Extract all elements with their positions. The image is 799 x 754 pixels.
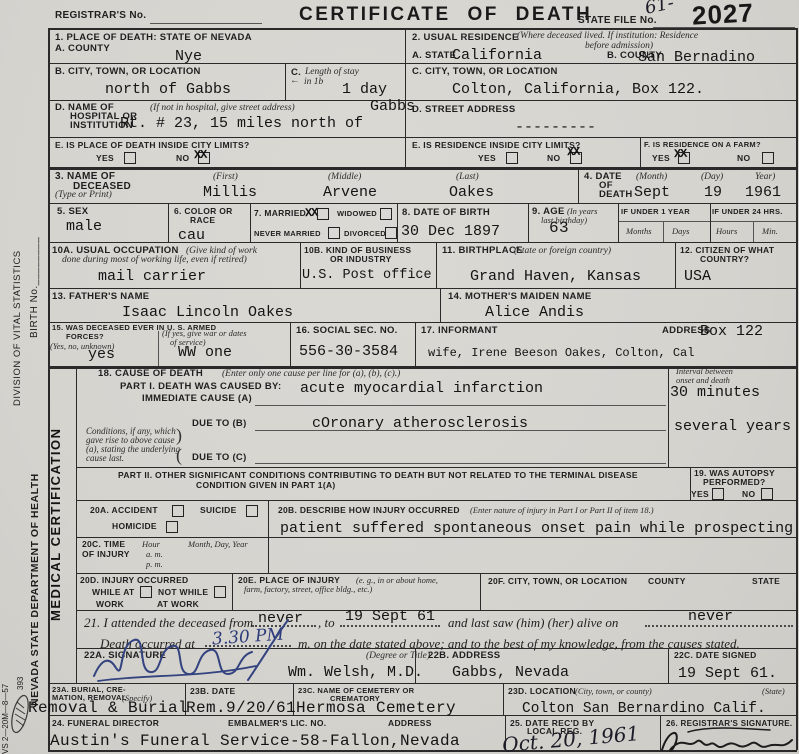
county-label: A. COUNTY bbox=[55, 44, 110, 55]
residence-farm-label: F. IS RESIDENCE ON A FARM? bbox=[644, 141, 761, 150]
burial-date-value: Rem.9/20/61 bbox=[186, 700, 296, 716]
residence-city-limits-yes-checkbox bbox=[506, 152, 518, 164]
death-city-limits-no: NO bbox=[176, 154, 189, 164]
date-of-birth-label: 8. DATE OF BIRTH bbox=[402, 208, 490, 219]
never-married-label: NEVER MARRIED bbox=[254, 230, 321, 239]
grid-line bbox=[710, 203, 711, 242]
grid-line bbox=[397, 203, 398, 242]
am-label: a. m. bbox=[146, 550, 163, 559]
brace-glyph: ( bbox=[176, 445, 182, 466]
residence-farm-yes-checkbox bbox=[678, 152, 690, 164]
cemetery-value: Hermosa Cemetery bbox=[296, 700, 456, 716]
residence-state-label: A. STATE bbox=[412, 51, 456, 62]
street-address-value: --------- bbox=[515, 120, 596, 135]
grid-line bbox=[48, 242, 797, 243]
residence-farm-yes: YES bbox=[652, 154, 670, 164]
grid-line bbox=[250, 203, 251, 242]
not-while-label: NOT WHILE bbox=[158, 588, 208, 598]
suicide-label: SUICIDE bbox=[200, 506, 237, 516]
death-year-label: Year) bbox=[755, 172, 775, 182]
registrar-no-label: REGISTRAR'S No. bbox=[55, 10, 146, 22]
last-name-label: (Last) bbox=[456, 172, 479, 182]
race-value: cau bbox=[178, 228, 205, 243]
autopsy-label2: PERFORMED? bbox=[703, 478, 766, 488]
grid-line bbox=[436, 242, 437, 288]
under-1-year-label: IF UNDER 1 YEAR bbox=[621, 208, 690, 217]
grid-line bbox=[618, 221, 797, 222]
brace-glyph: ) bbox=[176, 425, 182, 446]
residence-city-limits-no-x-mark: XX bbox=[567, 145, 580, 159]
ssn-value: 556-30-3584 bbox=[299, 344, 398, 359]
occupation-value: mail carrier bbox=[98, 269, 206, 284]
injury-occurred-label: 20D. INJURY OCCURRED bbox=[80, 576, 189, 586]
birthplace-label: 11. BIRTHPLACE bbox=[442, 246, 523, 257]
residence-state-value: California bbox=[452, 48, 542, 63]
informant-address-value: Box 122 bbox=[700, 324, 763, 339]
physician-address-value: Gabbs, Nevada bbox=[452, 665, 569, 680]
page-title: CERTIFICATE OF DEATH bbox=[299, 5, 592, 24]
grid-line bbox=[48, 203, 797, 204]
grid-line bbox=[480, 573, 481, 610]
father-name-label: 13. FATHER'S NAME bbox=[52, 292, 149, 303]
burial-value: Removal & Burial bbox=[28, 700, 188, 716]
grid-line bbox=[268, 537, 269, 573]
describe-injury-note: (Enter nature of injury in Part I or Par… bbox=[470, 506, 654, 515]
injury-city-label: 20F. CITY, TOWN, OR LOCATION bbox=[488, 577, 627, 587]
state-file-handwritten: 61- bbox=[643, 0, 675, 18]
grid-line bbox=[255, 405, 666, 406]
margin-form-code2: 393 bbox=[16, 656, 25, 690]
grid-line bbox=[285, 63, 286, 100]
grid-line bbox=[663, 221, 664, 242]
part1-label: PART I. DEATH WAS CAUSED BY: bbox=[120, 382, 281, 393]
residence-city-limits-yes: YES bbox=[478, 154, 496, 164]
due-to-b-label: DUE TO (B) bbox=[192, 419, 247, 430]
grid-line bbox=[48, 288, 797, 289]
armed-forces-value: yes bbox=[88, 347, 115, 362]
state-file-no-label: STATE FILE No. bbox=[578, 15, 657, 27]
grid-line bbox=[675, 242, 676, 288]
city-town-value: north of Gabbs bbox=[105, 82, 231, 97]
citizen-label2: COUNTRY? bbox=[700, 255, 749, 265]
interval-a-value: 30 minutes bbox=[670, 385, 760, 400]
death-month-label: (Month) bbox=[636, 172, 667, 182]
autopsy-no: NO bbox=[742, 490, 755, 500]
burial-location-note: (City, town, or county) bbox=[575, 687, 652, 696]
embalmer-lic-label: EMBALMER'S LIC. NO. bbox=[228, 719, 326, 729]
hospital-value-overflow: Gabbs bbox=[370, 99, 415, 114]
injury-county-label: COUNTY bbox=[648, 577, 686, 587]
hospital-value: Rt. # 23, 15 miles north of bbox=[120, 116, 363, 131]
grid-line bbox=[232, 573, 233, 610]
grid-line bbox=[48, 28, 797, 30]
married-x-mark: XX bbox=[305, 206, 318, 220]
burial-location-value: Colton San Bernardino Calif. bbox=[522, 702, 766, 717]
street-address-label: D. STREET ADDRESS bbox=[412, 105, 515, 116]
mother-name-value: Alice Andis bbox=[485, 305, 584, 320]
city-town-label: B. CITY, TOWN, OR LOCATION bbox=[55, 67, 201, 78]
grid-line bbox=[440, 288, 441, 322]
length-of-stay-note2: in 1b bbox=[304, 77, 323, 87]
describe-injury-value: patient suffered spontaneous onset pain … bbox=[280, 521, 793, 536]
autopsy-yes: YES bbox=[691, 490, 709, 500]
grid-line bbox=[76, 366, 77, 683]
dotted-line bbox=[340, 625, 440, 627]
dotted-line bbox=[645, 625, 793, 627]
informant-label: 17. INFORMANT bbox=[421, 326, 498, 337]
months-label: Months bbox=[626, 227, 652, 236]
grid-line bbox=[268, 500, 269, 537]
middle-name-value: Arvene bbox=[323, 185, 377, 200]
funeral-address-label: ADDRESS bbox=[388, 719, 432, 729]
work-label: WORK bbox=[96, 600, 124, 610]
degree-title-label: (Degree or Title) bbox=[366, 651, 430, 661]
father-name-value: Isaac Lincoln Oakes bbox=[122, 305, 293, 320]
not-while-at-work-checkbox bbox=[214, 586, 226, 598]
widowed-checkbox bbox=[380, 208, 392, 220]
married-checkbox bbox=[317, 208, 329, 220]
date-signed-value: 19 Sept 61. bbox=[678, 666, 777, 681]
residence-county-value: San Bernadino bbox=[638, 50, 755, 65]
days-label: Days bbox=[672, 227, 689, 236]
pm-label: p. m. bbox=[146, 560, 163, 569]
grid-line bbox=[158, 331, 159, 366]
ssn-label: 16. SOCIAL SEC. NO. bbox=[296, 326, 398, 337]
grid-line bbox=[640, 137, 641, 167]
burial-location-label: 23D. LOCATION bbox=[508, 687, 576, 697]
death-day-value: 19 bbox=[704, 185, 722, 200]
residence-city-limits-no: NO bbox=[547, 154, 560, 164]
grid-line bbox=[415, 322, 416, 366]
grid-line bbox=[796, 28, 798, 750]
funeral-director-label: 24. FUNERAL DIRECTOR bbox=[52, 719, 159, 729]
alive-on-value: never bbox=[688, 609, 733, 624]
grid-line bbox=[578, 167, 579, 203]
attended-mid2-text: and last saw (him) (her) alive on bbox=[448, 616, 618, 630]
race-label2: RACE bbox=[190, 216, 215, 226]
hospital-note: (If not in hospital, give street address… bbox=[150, 103, 295, 113]
grid-line bbox=[76, 467, 797, 468]
while-at-label: WHILE AT bbox=[92, 588, 135, 598]
grid-line bbox=[76, 537, 797, 538]
suicide-checkbox bbox=[246, 505, 258, 517]
part2-label2: CONDITION GIVEN IN PART 1(A) bbox=[196, 481, 336, 491]
cause-b-value: cOronary atherosclerosis bbox=[312, 416, 528, 431]
last-name-value: Oakes bbox=[449, 185, 494, 200]
funeral-director-value: Austin's Funeral Service-58-Fallon,Nevad… bbox=[50, 733, 460, 749]
grid-line bbox=[290, 322, 291, 366]
cause-of-death-label: 18. CAUSE OF DEATH bbox=[98, 369, 203, 380]
sex-label: 5. SEX bbox=[57, 207, 88, 218]
death-city-limits-no-x-mark: XX bbox=[194, 148, 207, 162]
name-of-deceased-label3: (Type or Print) bbox=[55, 190, 112, 200]
while-at-work-checkbox bbox=[140, 586, 152, 598]
burial-state-note: (State) bbox=[762, 687, 785, 696]
grid-line bbox=[668, 366, 669, 467]
informant-value: wife, Irene Beeson Oakes, Colton, Cal bbox=[428, 347, 694, 359]
length-of-stay-note: Length of stay bbox=[305, 67, 359, 77]
usual-residence-note: (Where deceased lived. If institution: R… bbox=[517, 31, 698, 41]
age-value: 63 bbox=[549, 220, 569, 236]
first-name-label: (First) bbox=[213, 172, 238, 182]
mother-name-label: 14. MOTHER'S MAIDEN NAME bbox=[448, 292, 592, 303]
death-month-value: Sept bbox=[634, 185, 670, 200]
cause-a-value: acute myocardial infarction bbox=[300, 381, 543, 396]
burial-date-label: 23B. DATE bbox=[190, 687, 236, 697]
occupation-note2: done during most of working life, even i… bbox=[62, 255, 247, 265]
grid-line bbox=[76, 573, 797, 574]
conditions-note4: cause last. bbox=[86, 454, 124, 464]
describe-injury-label: 20B. DESCRIBE HOW INJURY OCCURRED bbox=[278, 506, 460, 516]
due-to-c-label: DUE TO (C) bbox=[192, 453, 247, 464]
grid-line bbox=[168, 203, 169, 242]
residence-farm-no-checkbox bbox=[762, 152, 774, 164]
county-value: Nye bbox=[175, 49, 202, 64]
registrar-signature bbox=[658, 722, 796, 754]
attended-to-value: 19 Sept 61 bbox=[345, 609, 435, 624]
death-year-value: 1961 bbox=[745, 185, 781, 200]
death-certificate-scan: NEVADA STATE DEPARTMENT OF HEALTH DIVISI… bbox=[0, 0, 799, 754]
residence-farm-no: NO bbox=[737, 154, 750, 164]
hour-label: Hour bbox=[142, 540, 160, 549]
widowed-label: WIDOWED bbox=[337, 210, 377, 219]
physician-address-label: 22B. ADDRESS bbox=[428, 651, 500, 662]
death-city-limits-yes-checkbox bbox=[124, 152, 136, 164]
homicide-label: HOMICIDE bbox=[112, 522, 157, 532]
war-service-value: WW one bbox=[178, 345, 232, 360]
grid-line bbox=[618, 203, 619, 242]
at-work-label: AT WORK bbox=[157, 600, 199, 610]
immediate-cause-label: IMMEDIATE CAUSE (A) bbox=[142, 394, 252, 405]
date-of-birth-value: 30 Dec 1897 bbox=[401, 224, 500, 239]
death-city-limits-yes: YES bbox=[96, 154, 114, 164]
accident-checkbox bbox=[172, 505, 184, 517]
margin-department-label: NEVADA STATE DEPARTMENT OF HEALTH bbox=[29, 376, 41, 706]
death-city-limits-label: E. IS PLACE OF DEATH INSIDE CITY LIMITS? bbox=[55, 141, 249, 151]
grid-line bbox=[503, 683, 504, 715]
grid-line bbox=[255, 463, 666, 464]
grid-line bbox=[48, 167, 797, 170]
date-of-death-label3: DEATH bbox=[599, 190, 633, 201]
interval-b-value: several years bbox=[674, 419, 791, 434]
grid-line bbox=[48, 137, 797, 138]
birthplace-value: Grand Haven, Kansas bbox=[470, 269, 641, 284]
place-of-injury-note2: farm, factory, street, office bldg., etc… bbox=[244, 585, 372, 594]
citizen-value: USA bbox=[684, 269, 711, 284]
min-label: Min. bbox=[762, 227, 778, 236]
hours-label: Hours bbox=[716, 227, 737, 236]
arrow-left-icon: ← bbox=[290, 76, 300, 87]
grid-line bbox=[48, 100, 797, 101]
homicide-checkbox bbox=[166, 521, 178, 533]
physician-name-value: Wm. Welsh, M.D. bbox=[288, 665, 423, 680]
time-of-injury-label2: OF INJURY bbox=[82, 550, 130, 560]
margin-birth-no-label: BIRTH No.________ bbox=[29, 106, 40, 338]
autopsy-no-checkbox bbox=[761, 488, 773, 500]
grid-line bbox=[150, 23, 262, 24]
divorced-checkbox bbox=[385, 227, 397, 239]
grid-line bbox=[76, 500, 797, 501]
physician-signature bbox=[88, 618, 300, 684]
residence-city-limits-label: E. IS RESIDENCE INSIDE CITY LIMITS? bbox=[412, 141, 581, 151]
injury-state-label: STATE bbox=[752, 577, 780, 587]
margin-division-label: DIVISION OF VITAL STATISTICS bbox=[12, 150, 23, 406]
residence-city-label: C. CITY, TOWN, OR LOCATION bbox=[412, 67, 558, 78]
never-married-checkbox bbox=[328, 227, 340, 239]
sex-value: male bbox=[66, 219, 102, 234]
birthplace-note: (State or foreign country) bbox=[514, 246, 611, 256]
grid-line bbox=[300, 242, 301, 288]
married-label: 7. MARRIED bbox=[254, 209, 306, 219]
autopsy-yes-checkbox bbox=[712, 488, 724, 500]
medical-certification-label: MEDICAL CERTIFICATION bbox=[48, 366, 76, 683]
business-value: U.S. Post office bbox=[302, 269, 432, 283]
death-day-label: (Day) bbox=[701, 172, 723, 182]
grid-line bbox=[668, 648, 669, 683]
usual-residence-label: 2. USUAL RESIDENCE bbox=[412, 33, 519, 44]
grid-line bbox=[753, 221, 754, 242]
residence-city-value: Colton, California, Box 122. bbox=[452, 82, 704, 97]
business-label2: OR INDUSTRY bbox=[330, 255, 392, 265]
divorced-label: DIVORCED bbox=[344, 230, 386, 239]
middle-name-label: (Middle) bbox=[328, 172, 361, 182]
under-24-hrs-label: IF UNDER 24 HRS. bbox=[712, 208, 783, 217]
month-day-year-label: Month, Day, Year bbox=[188, 540, 248, 549]
cause-of-death-note: (Enter only one cause per line for (a), … bbox=[222, 369, 400, 379]
attended-mid1-text: , to bbox=[318, 616, 335, 630]
accident-label: 20A. ACCIDENT bbox=[90, 506, 158, 516]
length-of-stay-value: 1 day bbox=[342, 82, 387, 97]
state-file-stamp: 2027 bbox=[691, 0, 754, 29]
first-name-value: Millis bbox=[203, 185, 257, 200]
grid-line bbox=[528, 203, 529, 242]
date-signed-label: 22C. DATE SIGNED bbox=[674, 651, 757, 661]
